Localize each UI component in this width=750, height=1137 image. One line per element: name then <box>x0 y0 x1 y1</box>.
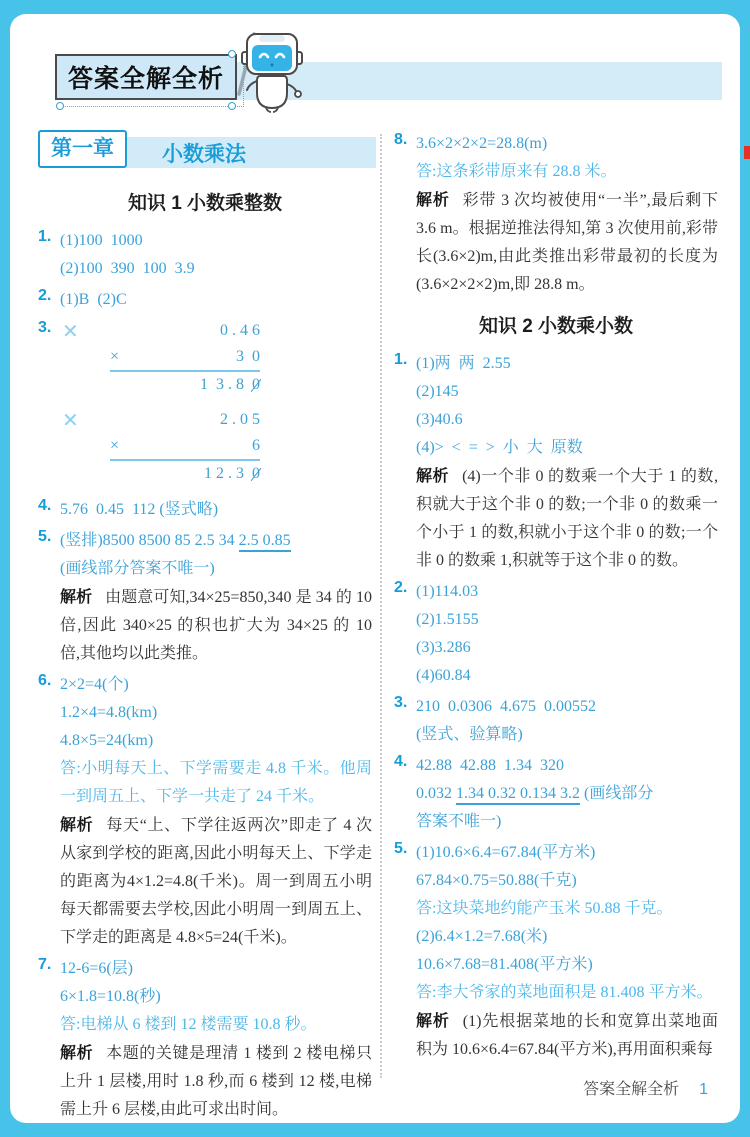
vm-top: 2 . 0 5 <box>220 407 260 433</box>
question-7: 7. 12-6=6(层) 6×1.8=10.8(秒) 答:电梯从 6 楼到 12… <box>38 955 372 1124</box>
underlined-answer: 1.34 0.32 0.134 3.2 <box>456 785 580 805</box>
right-column: 8. 3.6×2×2×2=28.8(m) 答:这条彩带原来有 28.8 米。 解… <box>394 130 718 1067</box>
analysis: 解析彩带 3 次均被使用“一半”,最后剩下 3.6 m。根据逆推法得知,第 3 … <box>416 187 718 299</box>
answer-line: (1)10.6×6.4=67.84(平方米) <box>416 839 718 867</box>
answer-line: (2)100 390 100 3.9 <box>60 255 372 283</box>
chapter-title: 小数乘法 <box>162 138 246 168</box>
multiply-sign: × <box>110 433 119 459</box>
section-heading-2: 知识 2 小数乘小数 <box>394 311 718 338</box>
page-title-text: 答案全解全析 <box>68 59 224 95</box>
page-card: 答案全解全析 第一章 小数乘法 <box>10 14 740 1123</box>
answer-line: (3)40.6 <box>416 406 718 434</box>
analysis-label: 解析 <box>416 1013 450 1030</box>
left-column: 第一章 小数乘法 知识 1 小数乘整数 1. (1)100 1000 (2)10… <box>38 130 372 1127</box>
analysis-text: 每天“上、下学往返两次”即走了 4 次从家到学校的距离,因此小明每天上、下学走的… <box>60 817 372 946</box>
analysis-text: 本题的关键是理清 1 楼到 2 楼电梯只上升 1 层楼,用时 1.8 秒,而 6… <box>60 1045 372 1118</box>
vm-top: 0 . 4 6 <box>220 318 260 344</box>
analysis: 解析每天“上、下学往返两次”即走了 4 次从家到学校的距离,因此小明每天上、下学… <box>60 812 372 952</box>
answer-line: (1)B (2)C <box>60 286 372 314</box>
vm-mid: 6 <box>252 433 260 459</box>
answer-line: 4.8×5=24(km) <box>60 727 372 755</box>
answer-line: (4)60.84 <box>416 662 718 690</box>
crossed-zero: 0 <box>252 461 260 487</box>
k2-question-3: 3. 210 0.0306 4.675 0.00552 (竖式、验算略) <box>394 693 718 749</box>
analysis-label: 解析 <box>416 468 449 485</box>
question-number: 5. <box>38 528 51 546</box>
wrong-mark-icon: ✕ <box>62 408 86 433</box>
analysis-text: (1)先根据菜地的长和宽算出菜地面积为 10.6×6.4=67.84(平方米),… <box>416 1013 718 1058</box>
answer-note: 答案不唯一) <box>416 808 718 836</box>
analysis: 解析(1)先根据菜地的长和宽算出菜地面积为 10.6×6.4=67.84(平方米… <box>416 1008 718 1064</box>
analysis: 解析(4)一个非 0 的数乘一个大于 1 的数,积就大于这个非 0 的数;一个非… <box>416 463 718 575</box>
question-3: 3. ✕ 0 . 4 6 ×3 0 1 3 . 8 0 ✕ 2 . 0 5 ×6… <box>38 318 372 487</box>
k2-question-2: 2. (1)114.03 (2)1.5155 (3)3.286 (4)60.84 <box>394 578 718 690</box>
question-number: 3. <box>38 319 51 337</box>
k2-question-5: 5. (1)10.6×6.4=67.84(平方米) 67.84×0.75=50.… <box>394 839 718 1064</box>
k2-question-1: 1. (1)两 两 2.55 (2)145 (3)40.6 (4)> < = >… <box>394 350 718 575</box>
multiply-sign: × <box>110 344 119 370</box>
question-2: 2. (1)B (2)C <box>38 286 372 314</box>
robot-mascot-icon <box>232 26 316 126</box>
question-5: 5. (竖排)8500 8500 85 2.5 34 2.5 0.85 (画线部… <box>38 527 372 668</box>
answer-line: (4)> < = > 小 大 原数 <box>416 434 718 462</box>
question-8: 8. 3.6×2×2×2=28.8(m) 答:这条彩带原来有 28.8 米。 解… <box>394 130 718 299</box>
answer-line: 210 0.0306 4.675 0.00552 <box>416 693 718 721</box>
red-edge-mark <box>744 146 750 159</box>
vertical-multiplication-1: ✕ 0 . 4 6 ×3 0 1 3 . 8 0 <box>60 318 372 398</box>
answer-sentence: 答:这条彩带原来有 28.8 米。 <box>416 158 718 186</box>
chapter-badge: 第一章 <box>38 130 127 168</box>
answer-note: (画线部分答案不唯一) <box>60 555 372 583</box>
question-number: 2. <box>38 287 51 305</box>
answer-sentence: 答:这块菜地约能产玉米 50.88 千克。 <box>416 895 718 923</box>
page-number: 1 <box>699 1081 708 1098</box>
vertical-multiplication-2: ✕ 2 . 0 5 ×6 1 2 . 3 0 <box>60 407 372 487</box>
answer-note: (竖式、验算略) <box>416 721 718 749</box>
answer-line: (2)6.4×1.2=7.68(米) <box>416 923 718 951</box>
answer-line: (1)114.03 <box>416 578 718 606</box>
answer-line: (3)3.286 <box>416 634 718 662</box>
answer-line: (竖排)8500 8500 85 2.5 34 2.5 0.85 <box>60 527 372 555</box>
answer-line: (1)100 1000 <box>60 227 372 255</box>
answer-line: 0.032 1.34 0.32 0.134 3.2 (画线部分 <box>416 780 718 808</box>
answer-line: (2)1.5155 <box>416 606 718 634</box>
column-divider <box>380 134 382 1078</box>
answer-line: 10.6×7.68=81.408(平方米) <box>416 951 718 979</box>
answer-sentence: 答:小明每天上、下学需要走 4.8 千米。他周一到周五上、下学一共走了 24 千… <box>60 755 372 811</box>
chapter-banner: 第一章 小数乘法 <box>38 130 372 176</box>
footer-title: 答案全解全析 <box>583 1081 679 1098</box>
answer-sentence: 答:李大爷家的菜地面积是 81.408 平方米。 <box>416 979 718 1007</box>
answer-line: (2)145 <box>416 378 718 406</box>
question-number: 8. <box>394 131 407 149</box>
crossed-zero: 0 <box>252 372 260 398</box>
analysis: 解析由题意可知,34×25=850,340 是 34 的 10 倍,因此 340… <box>60 584 372 668</box>
wrong-mark-icon: ✕ <box>62 319 86 344</box>
selection-handle-icon <box>56 102 64 110</box>
answer-line: 67.84×0.75=50.88(千克) <box>416 867 718 895</box>
question-6: 6. 2×2=4(个) 1.2×4=4.8(km) 4.8×5=24(km) 答… <box>38 671 372 952</box>
page-footer: 答案全解全析1 <box>583 1076 708 1099</box>
answer-line: 12-6=6(层) <box>60 955 372 983</box>
question-number: 1. <box>394 351 407 369</box>
analysis-text: (4)一个非 0 的数乘一个大于 1 的数,积就大于这个非 0 的数;一个非 0… <box>416 468 718 569</box>
vm-bottom: 1 3 . 8 <box>200 376 252 393</box>
question-number: 2. <box>394 579 407 597</box>
analysis-text: 彩带 3 次均被使用“一半”,最后剩下 3.6 m。根据逆推法得知,第 3 次使… <box>416 192 718 293</box>
question-number: 1. <box>38 228 51 246</box>
underlined-answer: 2.5 0.85 <box>239 532 291 552</box>
analysis-label: 解析 <box>60 589 92 606</box>
analysis-text: 由题意可知,34×25=850,340 是 34 的 10 倍,因此 340×2… <box>60 589 372 662</box>
question-number: 5. <box>394 840 407 858</box>
analysis: 解析本题的关键是理清 1 楼到 2 楼电梯只上升 1 层楼,用时 1.8 秒,而… <box>60 1040 372 1124</box>
k2-question-4: 4. 42.88 42.88 1.34 320 0.032 1.34 0.32 … <box>394 752 718 836</box>
question-number: 4. <box>394 753 407 771</box>
answer-line: 1.2×4=4.8(km) <box>60 699 372 727</box>
question-4: 4. 5.76 0.45 112 (竖式略) <box>38 496 372 524</box>
answer-line: 3.6×2×2×2=28.8(m) <box>416 130 718 158</box>
vm-bottom: 1 2 . 3 <box>204 465 252 482</box>
answer-line: (1)两 两 2.55 <box>416 350 718 378</box>
answer-sentence: 答:电梯从 6 楼到 12 楼需要 10.8 秒。 <box>60 1011 372 1039</box>
question-number: 6. <box>38 672 51 690</box>
question-number: 4. <box>38 497 51 515</box>
answer-line: 42.88 42.88 1.34 320 <box>416 752 718 780</box>
question-number: 3. <box>394 694 407 712</box>
page-title: 答案全解全析 <box>55 54 237 100</box>
analysis-label: 解析 <box>60 1045 93 1062</box>
vm-mid: 3 0 <box>236 344 260 370</box>
answer-line: 6×1.8=10.8(秒) <box>60 983 372 1011</box>
workbook-answer-page: 答案全解全析 第一章 小数乘法 <box>0 0 750 1137</box>
analysis-label: 解析 <box>60 817 93 834</box>
question-1: 1. (1)100 1000 (2)100 390 100 3.9 <box>38 227 372 283</box>
analysis-label: 解析 <box>416 192 450 209</box>
question-number: 7. <box>38 956 51 974</box>
answer-line: 2×2=4(个) <box>60 671 372 699</box>
section-heading-1: 知识 1 小数乘整数 <box>38 188 372 215</box>
answer-line: 5.76 0.45 112 (竖式略) <box>60 496 372 524</box>
